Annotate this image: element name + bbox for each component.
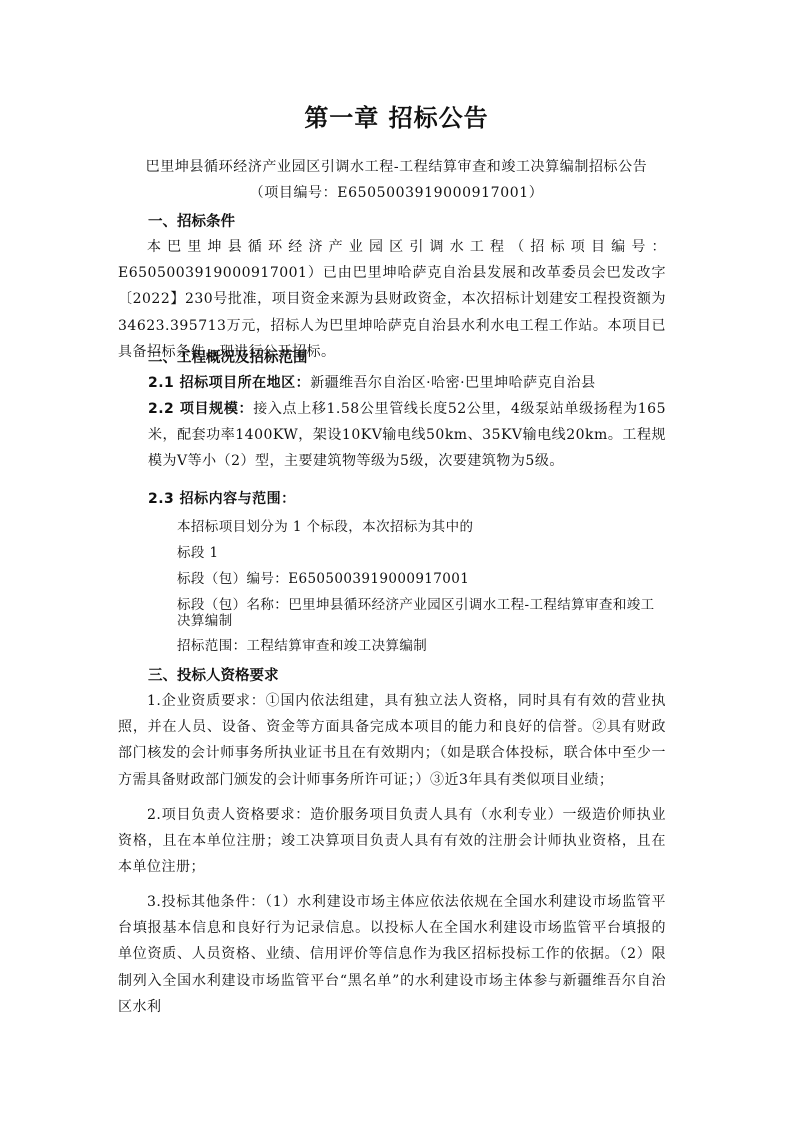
chapter-title: 第一章 招标公告 bbox=[0, 98, 793, 133]
document-page: 第一章 招标公告 巴里坤县循环经济产业园区引调水工程-工程结算审查和竣工决算编制… bbox=[0, 0, 793, 1122]
subsection-location-label: 2.1 招标项目所在地区： bbox=[148, 375, 310, 391]
subsection-scope: 2.3 招标内容与范围： bbox=[148, 486, 666, 512]
announcement-title: 巴里坤县循环经济产业园区引调水工程-工程结算审查和竣工决算编制招标公告 bbox=[0, 156, 793, 176]
scope-item: 招标范围：工程结算审查和竣工决算编制 bbox=[177, 638, 667, 654]
scope-item: 标段（包）编号：E6505003919000917001 bbox=[177, 571, 667, 587]
subsection-location-text: 新疆维吾尔自治区·哈密·巴里坤哈萨克自治县 bbox=[310, 375, 595, 391]
section-heading-project-overview: 二、工程概况及招标范围 bbox=[148, 346, 308, 367]
section-heading-bidder-qualifications: 三、投标人资格要求 bbox=[148, 664, 279, 685]
scope-item: 标段（包）名称：巴里坤县循环经济产业园区引调水工程-工程结算审查和竣工决算编制 bbox=[177, 597, 667, 629]
subsection-scale-label: 2.2 项目规模： bbox=[148, 401, 253, 417]
scope-item: 标段 1 bbox=[177, 545, 667, 561]
subsection-location: 2.1 招标项目所在地区：新疆维吾尔自治区·哈密·巴里坤哈萨克自治县 bbox=[148, 370, 666, 396]
qualification-paragraph-1: 1.企业资质要求：①国内依法组建，具有独立法人资格，同时具有有效的营业执照，并在… bbox=[118, 688, 666, 793]
project-number: （项目编号：E6505003919000917001） bbox=[0, 182, 793, 202]
subsection-scope-label: 2.3 招标内容与范围： bbox=[148, 491, 296, 507]
scope-item: 本招标项目划分为 1 个标段，本次招标为其中的 bbox=[177, 519, 667, 535]
qualification-paragraph-2: 2.项目负责人资格要求：造价服务项目负责人具有（水利专业）一级造价师执业资格，且… bbox=[118, 802, 666, 881]
subsection-scale: 2.2 项目规模：接入点上移1.58公里管线长度52公里，4级泵站单级扬程为16… bbox=[148, 396, 666, 475]
section-heading-bidding-conditions: 一、招标条件 bbox=[148, 210, 235, 231]
qualification-paragraph-3: 3.投标其他条件：（1）水利建设市场主体应依法依规在全国水利建设市场监管平台填报… bbox=[118, 889, 666, 1020]
